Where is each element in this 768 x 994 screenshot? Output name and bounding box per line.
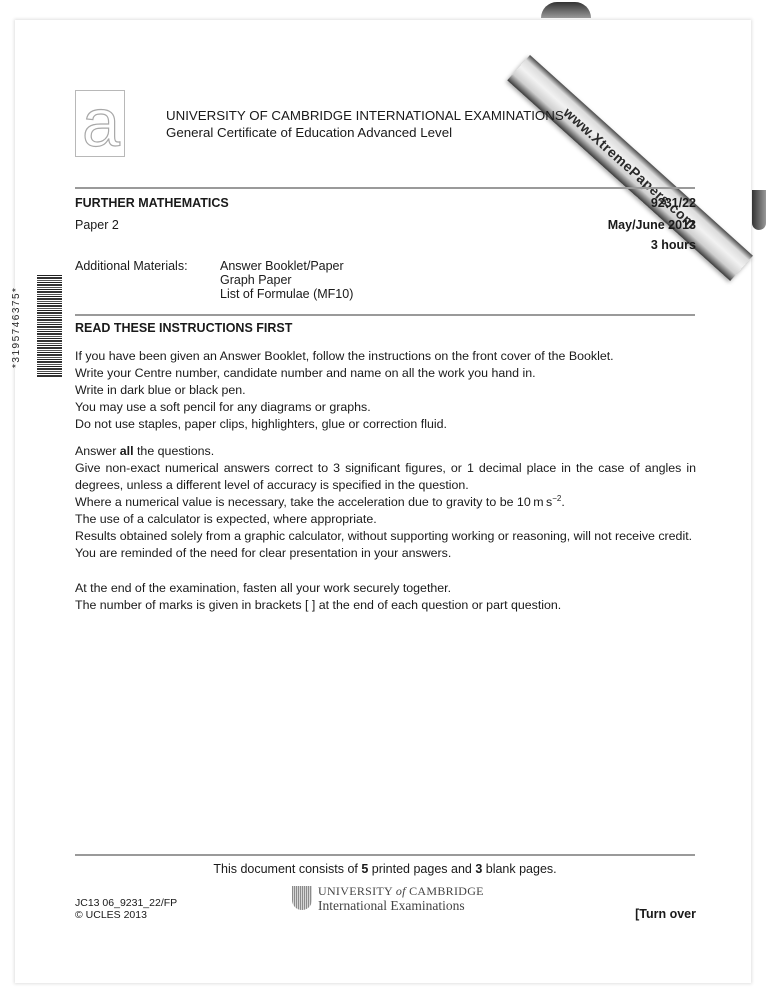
ribbon-fold: [752, 190, 766, 230]
instruction-line: Write in dark blue or black pen.: [75, 382, 696, 399]
instruction-line: Where a numerical value is necessary, ta…: [75, 494, 696, 511]
text-span: of: [396, 884, 406, 898]
cambridge-crest-icon: [292, 886, 312, 910]
syllabus-code: 9231/22: [651, 196, 696, 210]
instructions-block-1: If you have been given an Answer Booklet…: [75, 348, 696, 433]
divider: [75, 854, 695, 856]
instruction-line: Do not use staples, paper clips, highlig…: [75, 416, 696, 433]
text-span: printed pages and: [368, 862, 475, 876]
page-count-note: This document consists of 5 printed page…: [75, 862, 695, 876]
text-span: blank pages.: [482, 862, 556, 876]
cambridge-name: UNIVERSITY of CAMBRIDGE: [318, 884, 484, 899]
text-span: the questions.: [134, 444, 215, 458]
text-span: Answer: [75, 444, 120, 458]
instruction-line: If you have been given an Answer Booklet…: [75, 348, 696, 365]
exam-duration: 3 hours: [651, 238, 696, 252]
qualification-name: General Certificate of Education Advance…: [166, 125, 452, 140]
cie-logo-icon: a: [75, 90, 125, 157]
text-span: .: [561, 495, 564, 509]
materials-list: Answer Booklet/Paper Graph Paper List of…: [220, 259, 353, 301]
text-span: Where a numerical value is necessary, ta…: [75, 495, 552, 509]
emphasis: all: [120, 444, 134, 458]
divider: [75, 314, 695, 316]
instruction-line: Answer all the questions.: [75, 443, 696, 460]
instruction-line: At the end of the examination, fasten al…: [75, 580, 696, 597]
instruction-line: The number of marks is given in brackets…: [75, 597, 696, 614]
exponent: −2: [552, 494, 561, 503]
exam-session: May/June 2013: [608, 218, 696, 232]
cambridge-subtitle: International Examinations: [318, 898, 465, 914]
logo-letter: a: [76, 83, 126, 163]
reference-code: JC13 06_9231_22/FP: [75, 897, 177, 909]
barcode-icon: [37, 275, 62, 378]
subject-title: FURTHER MATHEMATICS: [75, 196, 229, 210]
text-span: UNIVERSITY: [318, 884, 396, 898]
instructions-block-3: At the end of the examination, fasten al…: [75, 580, 696, 614]
copyright: © UCLES 2013: [75, 909, 177, 921]
instruction-line: Results obtained solely from a graphic c…: [75, 528, 696, 545]
material-item: List of Formulae (MF10): [220, 287, 353, 301]
document-reference: JC13 06_9231_22/FP © UCLES 2013: [75, 897, 177, 921]
text-span: CAMBRIDGE: [406, 884, 484, 898]
institution-name: UNIVERSITY OF CAMBRIDGE INTERNATIONAL EX…: [166, 108, 564, 123]
barcode-number: *3195746375*: [11, 274, 33, 380]
instruction-line: The use of a calculator is expected, whe…: [75, 511, 696, 528]
instruction-line: You may use a soft pencil for any diagra…: [75, 399, 696, 416]
text-span: This document consists of: [213, 862, 361, 876]
material-item: Answer Booklet/Paper: [220, 259, 353, 273]
materials-label: Additional Materials:: [75, 259, 188, 273]
instruction-line: You are reminded of the need for clear p…: [75, 545, 696, 562]
ribbon-fold: [541, 2, 591, 18]
turn-over-label: [Turn over: [635, 907, 696, 921]
instructions-heading: READ THESE INSTRUCTIONS FIRST: [75, 321, 292, 335]
instruction-line: Write your Centre number, candidate numb…: [75, 365, 696, 382]
divider: [75, 187, 695, 189]
instruction-line: Give non-exact numerical answers correct…: [75, 460, 696, 494]
instructions-block-2: Answer all the questions. Give non-exact…: [75, 443, 696, 562]
material-item: Graph Paper: [220, 273, 353, 287]
paper-number: Paper 2: [75, 218, 119, 232]
